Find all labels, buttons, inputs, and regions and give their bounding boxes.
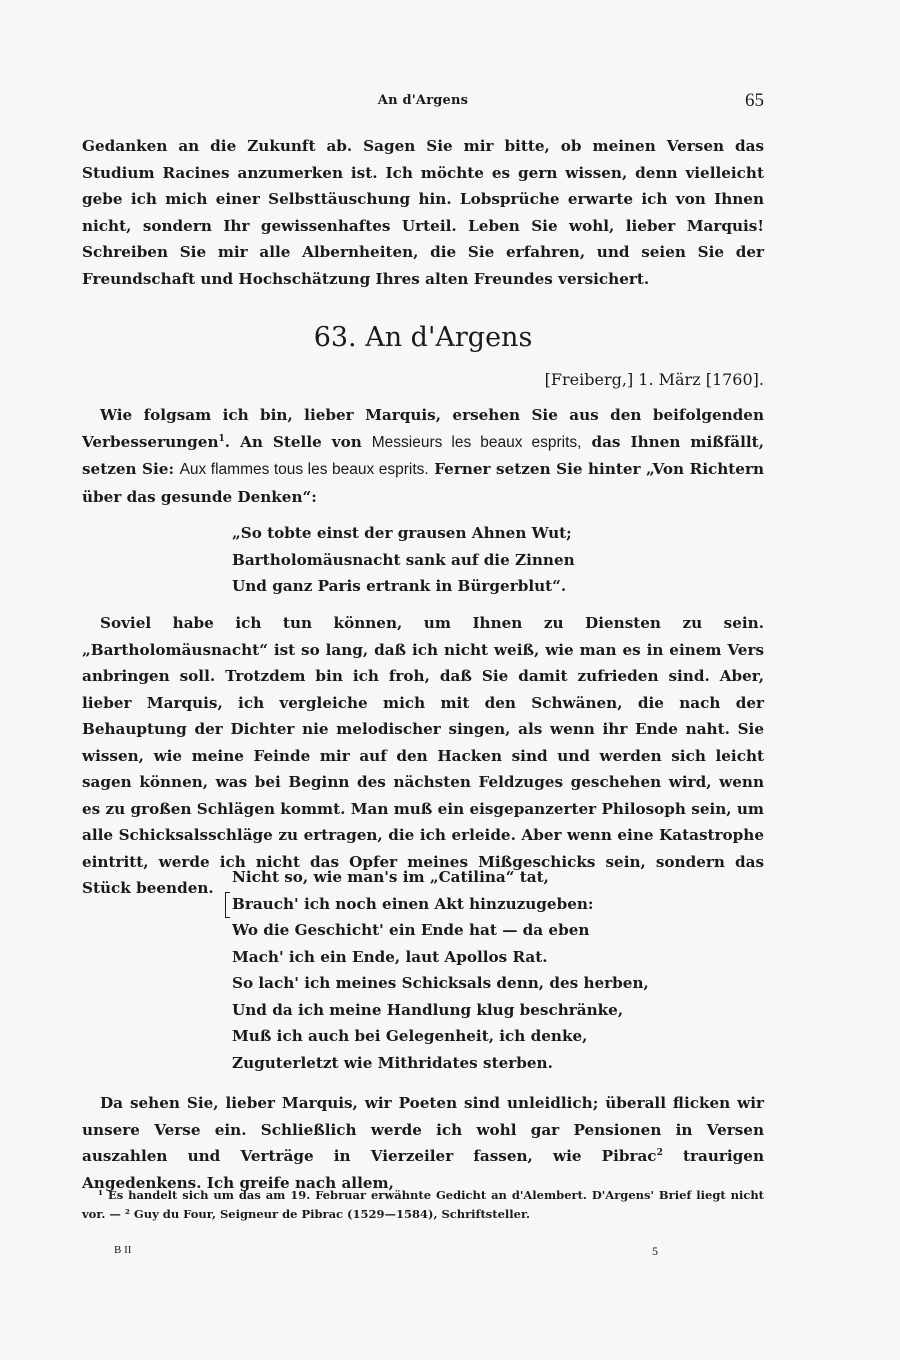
verse-block-2: Nicht so, wie man's im „Catilina“ tat, B… <box>232 864 649 1076</box>
verse-line: Und da ich meine Handlung klug beschränk… <box>232 997 649 1024</box>
verse-line: „So tobte einst der grausen Ahnen Wut; <box>232 520 575 547</box>
footnote-text: ¹ Es handelt sich um das am 19. Februar … <box>82 1186 764 1224</box>
verse-line: Bartholomäusnacht sank auf die Zinnen <box>232 547 575 574</box>
verse-line: Wo die Geschicht' ein Ende hat — da eben <box>232 917 649 944</box>
footnotes: ¹ Es handelt sich um das am 19. Februar … <box>82 1186 764 1224</box>
letter-paragraph-1: Wie folgsam ich bin, lieber Marquis, ers… <box>82 402 764 510</box>
verse-block-1: „So tobte einst der grausen Ahnen Wut; B… <box>232 520 575 600</box>
letter-paragraph-2: Soviel habe ich tun können, um Ihnen zu … <box>82 610 764 902</box>
signature-number: 5 <box>652 1244 658 1259</box>
letter-heading: 63. An d'Argens <box>82 322 764 353</box>
verse-line: Muß ich auch bei Gelegenheit, ich denke, <box>232 1023 649 1050</box>
verse-line: So lach' ich meines Schicksals denn, des… <box>232 970 649 997</box>
verse-line: Und ganz Paris ertrank in Bürgerblut“. <box>232 573 575 600</box>
verse-line: Mach' ich ein Ende, laut Apollos Rat. <box>232 944 649 971</box>
continuation-text: Gedanken an die Zukunft ab. Sagen Sie mi… <box>82 133 764 292</box>
book-page: An d'Argens 65 Gedanken an die Zukunft a… <box>0 0 900 1360</box>
letter-paragraph-3: Da sehen Sie, lieber Marquis, wir Poeten… <box>82 1090 764 1196</box>
continuation-paragraph: Gedanken an die Zukunft ab. Sagen Sie mi… <box>82 133 764 292</box>
para1-text-b: . An Stelle von <box>225 433 372 451</box>
margin-bracket <box>225 892 230 918</box>
signature-mark: B II <box>114 1244 131 1256</box>
letter-dateline: [Freiberg,] 1. März [1760]. <box>545 370 764 389</box>
verse-line: Nicht so, wie man's im „Catilina“ tat, <box>232 864 649 891</box>
running-head: An d'Argens 65 <box>82 90 764 114</box>
page-number: 65 <box>745 90 764 112</box>
french-quote-1: Messieurs les beaux esprits, <box>372 434 582 451</box>
verse-line: Zuguterletzt wie Mithridates sterben. <box>232 1050 649 1077</box>
verse-line: Brauch' ich noch einen Akt hinzuzugeben: <box>232 891 649 918</box>
french-quote-2: Aux flammes tous les beaux esprits. <box>180 461 429 478</box>
running-title: An d'Argens <box>82 93 764 108</box>
para2-text: Soviel habe ich tun können, um Ihnen zu … <box>82 610 764 902</box>
